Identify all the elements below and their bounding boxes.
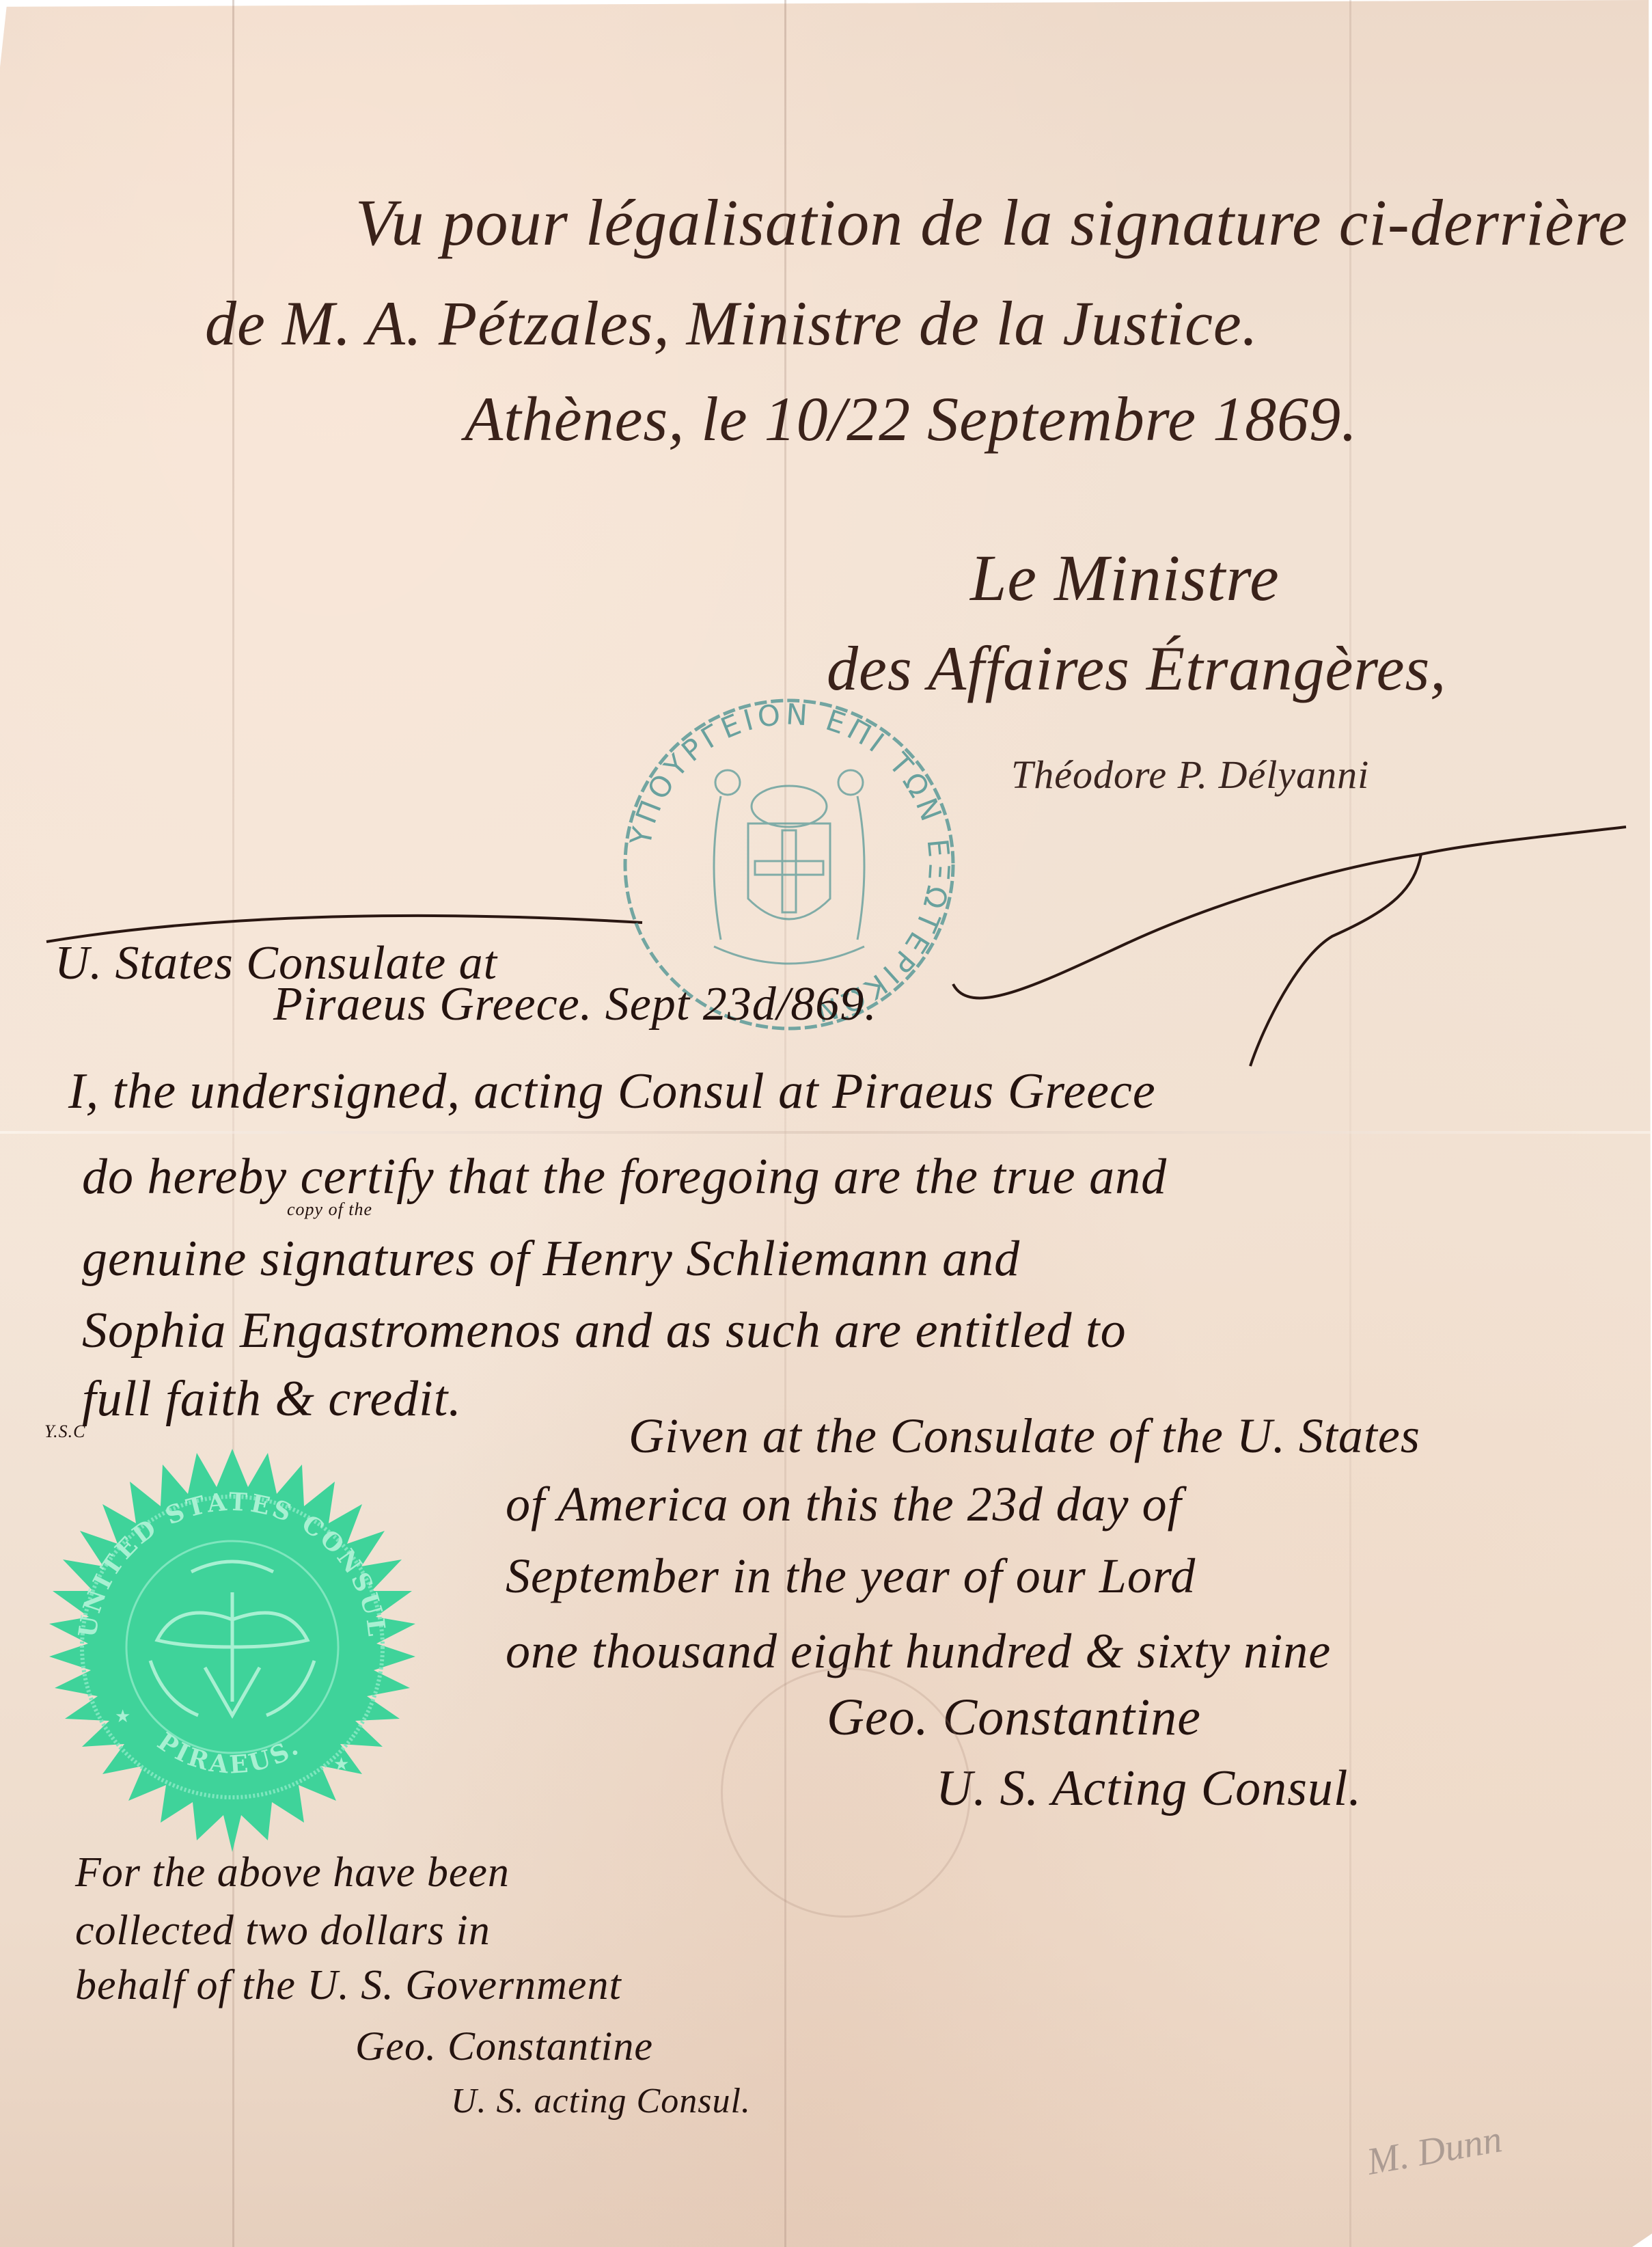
certification-line: Sophia Engastromenos and as such are ent…	[82, 1302, 1127, 1360]
us-consulate-seal: UNITED STATES CONSULATE PIRAEUS. ★ ★	[27, 1442, 437, 1852]
fee-signer-title: U. S. acting Consul.	[451, 2081, 751, 2121]
given-line: Given at the Consulate of the U. States	[629, 1408, 1420, 1465]
consul-title: U. S. Acting Consul.	[936, 1760, 1362, 1818]
given-line: one thousand eight hundred & sixty nine	[506, 1623, 1331, 1680]
certification-line: I, the undersigned, acting Consul at Pir…	[68, 1063, 1156, 1121]
fee-signature: Geo. Constantine	[355, 2023, 653, 2070]
svg-text:★: ★	[333, 1754, 349, 1775]
certification-line: genuine signatures of Henry Schliemann a…	[82, 1230, 1020, 1288]
given-line: September in the year of our Lord	[506, 1548, 1196, 1605]
faint-stamp-impression	[721, 1667, 971, 1918]
consulate-date: Piraeus Greece. Sept 23d/869.	[273, 977, 877, 1032]
fee-line: For the above have been	[75, 1849, 510, 1897]
svg-text:★: ★	[115, 1706, 130, 1727]
certification-insertion: copy of the	[287, 1199, 372, 1220]
coat-of-arms-icon	[714, 770, 864, 964]
fee-line: behalf of the U. S. Government	[75, 1961, 622, 2010]
fee-line: collected two dollars in	[75, 1907, 491, 1955]
certification-line: do hereby certify that the foregoing are…	[82, 1148, 1167, 1206]
seal-margin-note: Y.S.C	[44, 1421, 85, 1442]
certification-line: full faith & credit.	[82, 1370, 462, 1428]
given-line: of America on this the 23d day of	[506, 1476, 1182, 1533]
